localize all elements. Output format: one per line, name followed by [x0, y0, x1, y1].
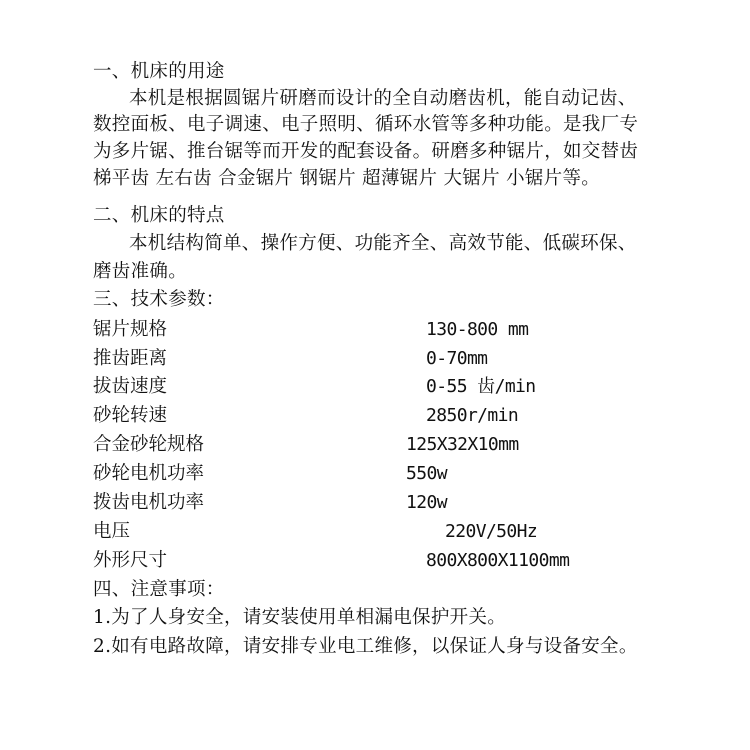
spec-label: 拨齿电机功率	[93, 490, 204, 516]
spec-value: 120w	[406, 490, 447, 516]
spec-value: 800X800X1100mm	[426, 548, 569, 574]
paragraph-line: 本机结构简单、操作方便、功能齐全、高效节能、低碳环保、	[129, 231, 637, 257]
spec-value: 125X32X10mm	[406, 432, 519, 458]
paragraph-line: 数控面板、电子调速、电子照明、循环水管等多种功能。是我厂专	[93, 112, 638, 138]
section-heading-features: 二、机床的特点	[93, 203, 225, 229]
paragraph-line: 为多片锯、推台锯等而开发的配套设备。研磨多种锯片，如交替齿	[93, 139, 638, 165]
paragraph-line: 梯平齿 左右齿 合金锯片 钢锯片 超薄锯片 大锯片 小锯片等。	[93, 166, 600, 192]
section-heading-specs: 三、技术参数：	[93, 287, 225, 313]
spec-label: 推齿距离	[93, 346, 167, 372]
note-item: 1.为了人身安全，请安装使用单相漏电保护开关。	[93, 605, 506, 631]
spec-label: 拔齿速度	[93, 374, 167, 400]
spec-value: 220V/50Hz	[445, 519, 537, 545]
spec-value: 0-70mm	[426, 346, 487, 372]
section-heading-usage: 一、机床的用途	[93, 59, 225, 85]
spec-label: 外形尺寸	[93, 548, 167, 574]
spec-value: 130-800 mm	[426, 317, 528, 343]
paragraph-line: 本机是根据圆锯片研磨而设计的全自动磨齿机，能自动记齿、	[129, 86, 637, 112]
section-heading-notes: 四、注意事项：	[93, 577, 225, 603]
paragraph-line: 磨齿准确。	[93, 259, 187, 285]
spec-label: 砂轮电机功率	[93, 461, 204, 487]
spec-value: 550w	[406, 461, 447, 487]
spec-label: 合金砂轮规格	[93, 432, 204, 458]
spec-label: 锯片规格	[93, 317, 167, 343]
spec-label: 砂轮转速	[93, 403, 167, 429]
note-item: 2.如有电路故障，请安排专业电工维修，以保证人身与设备安全。	[93, 634, 638, 660]
spec-label: 电压	[93, 519, 130, 545]
spec-value: 2850r/min	[426, 403, 518, 429]
spec-value: 0-55 齿/min	[426, 374, 536, 400]
